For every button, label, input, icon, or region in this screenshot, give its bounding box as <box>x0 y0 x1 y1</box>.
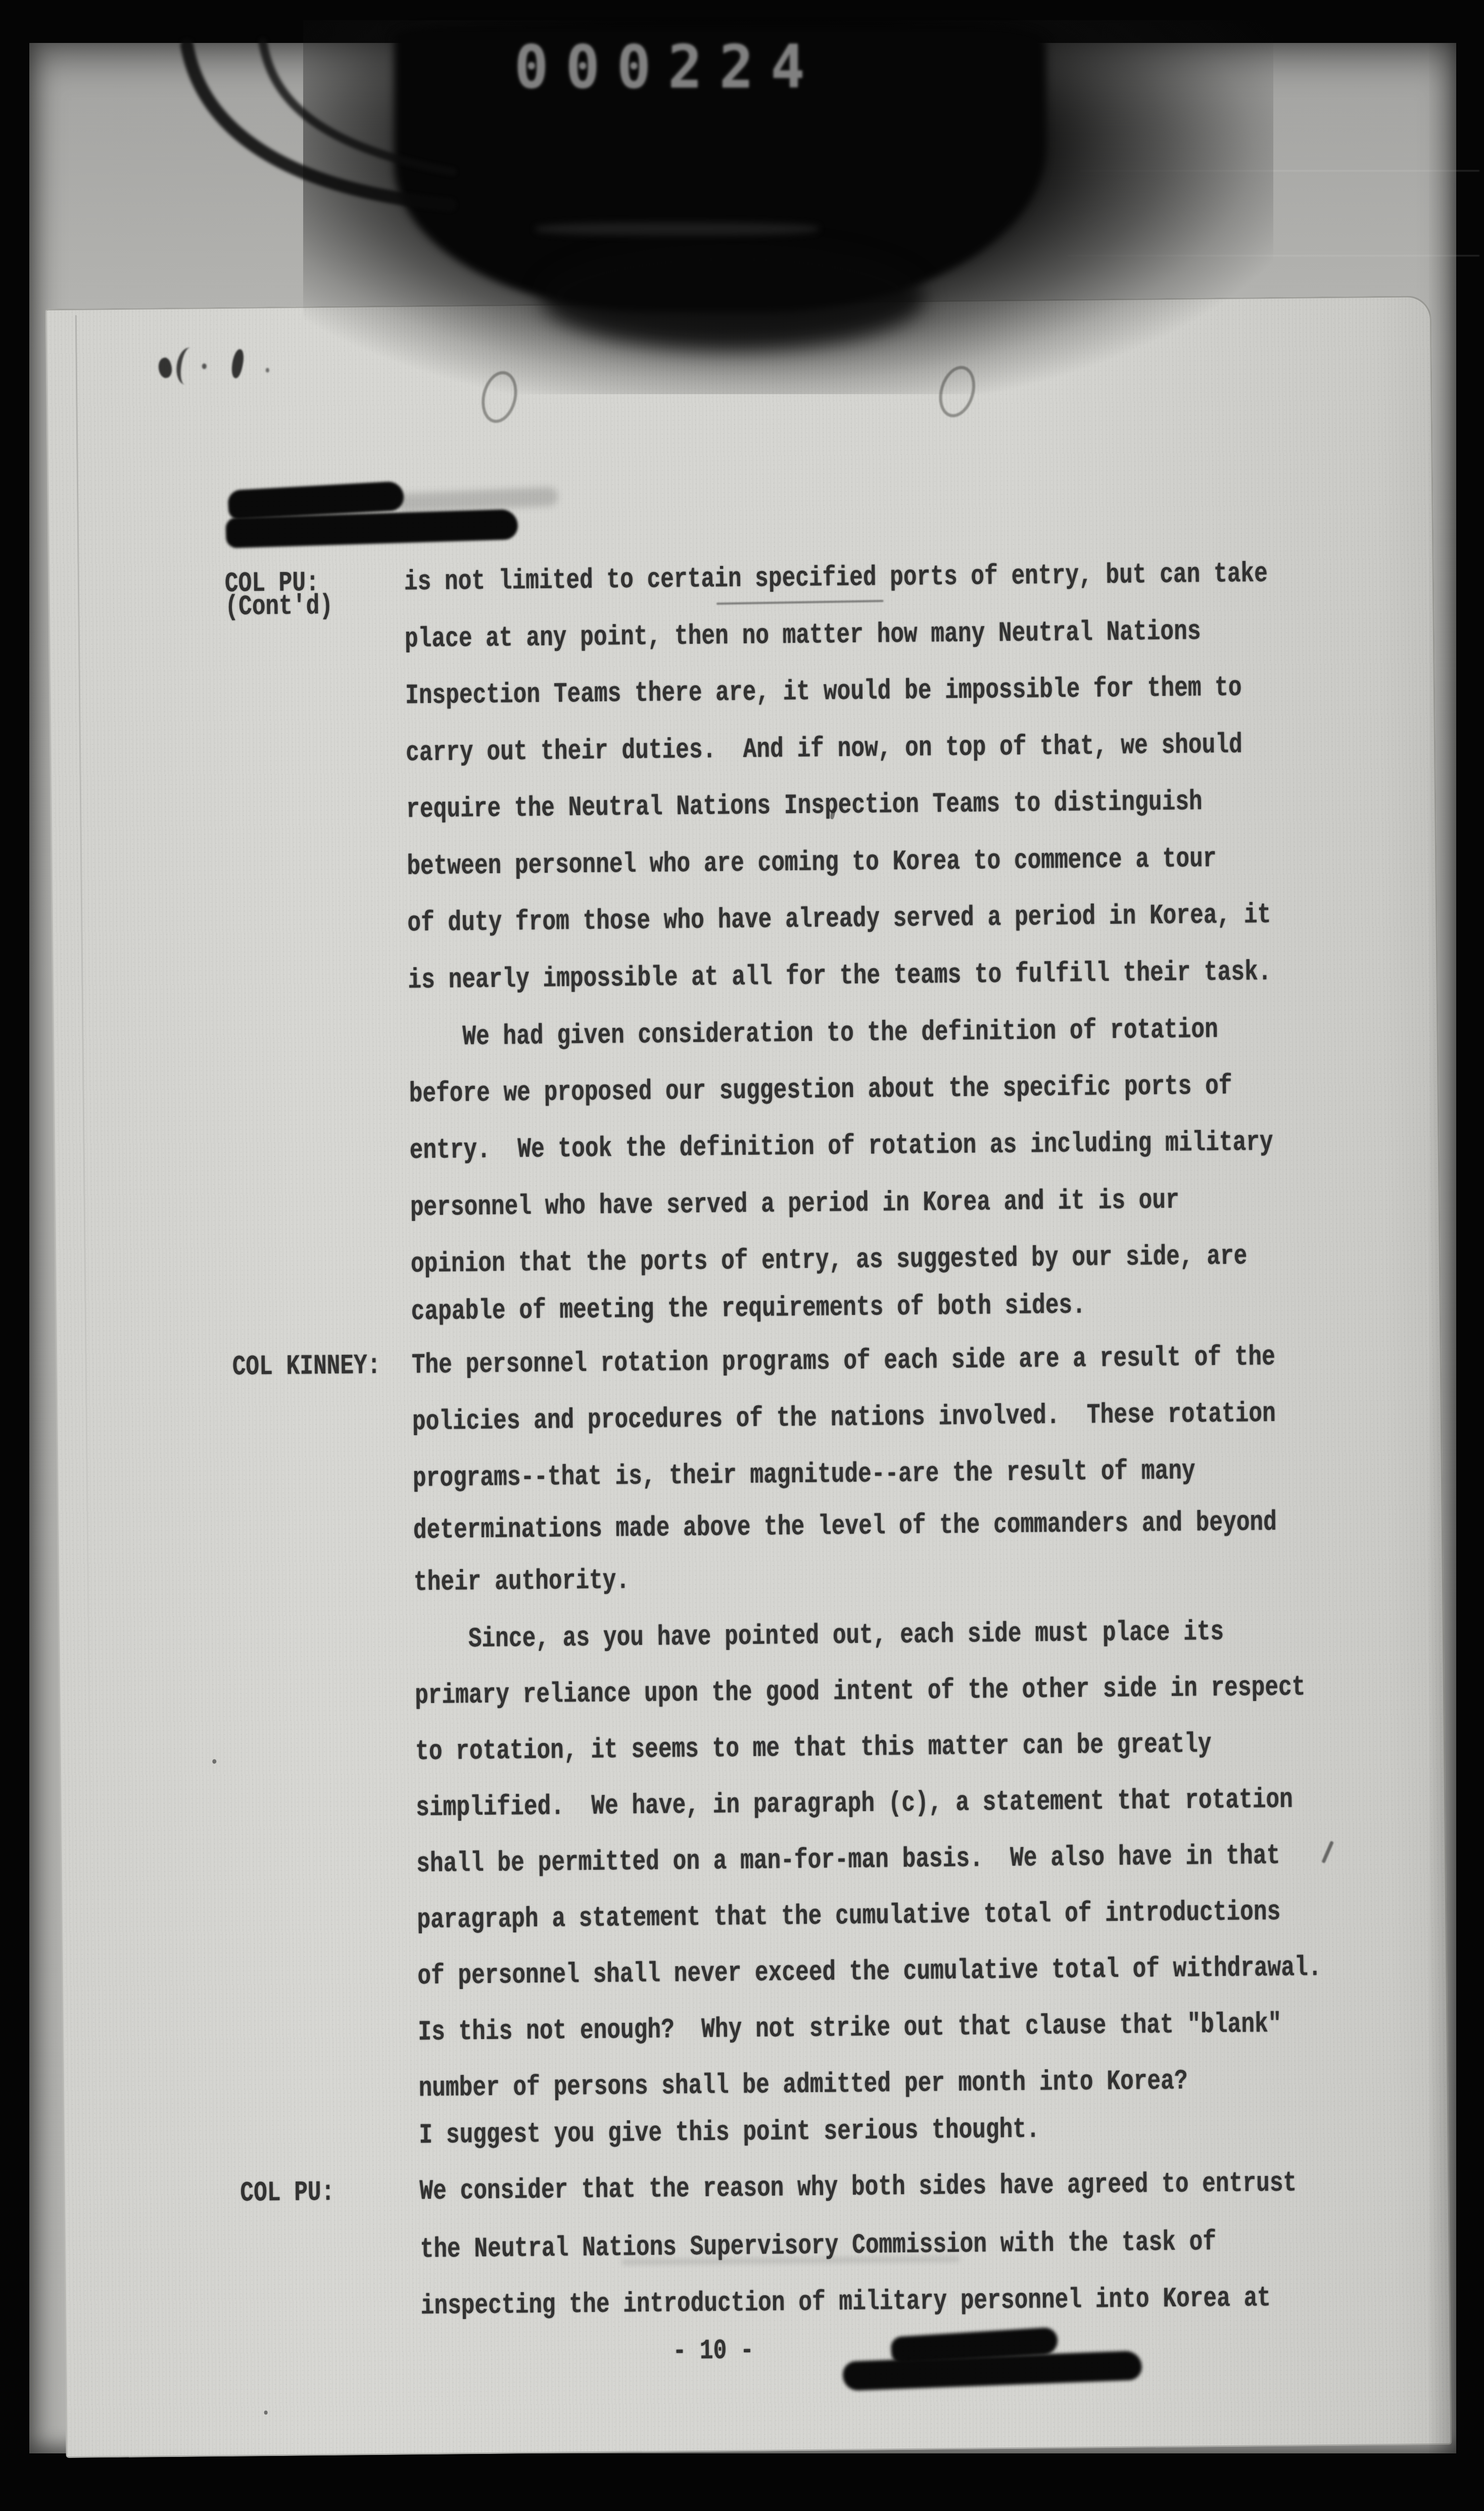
transcript-line-32: inspecting the introduction of military … <box>420 2283 1271 2323</box>
transcript-line-22: to rotation, it seems to me that this ma… <box>415 1729 1212 1768</box>
device-reflection <box>536 222 819 235</box>
redaction-smear <box>396 487 558 513</box>
transcript-line-4: carry out their duties. And if now, on t… <box>406 730 1242 769</box>
punch-hole <box>476 367 522 427</box>
transcript-line-10: before we proposed our suggestion about … <box>409 1071 1232 1110</box>
paper-speck <box>264 2410 268 2414</box>
ink-smudge <box>156 356 174 379</box>
transcript-line-15: The personnel rotation programs of each … <box>411 1342 1275 1382</box>
transcript-line-28: number of persons shall be admitted per … <box>418 2066 1188 2105</box>
transcript-line-27: Is this not enough? Why not strike out t… <box>418 2009 1282 2049</box>
transcript-line-31: the Neutral Nations Supervisory Commissi… <box>420 2226 1216 2266</box>
microfilm-scan-frame: is not limited to certain specified port… <box>0 0 1484 2511</box>
ink-smudge <box>174 346 201 387</box>
transcript-line-2: place at any point, then no matter how m… <box>405 616 1201 655</box>
transcript-line-12: personnel who have served a period in Ko… <box>410 1185 1179 1224</box>
transcript-line-1: is not limited to certain specified port… <box>404 558 1268 598</box>
transcript-line-18: determinations made above the level of t… <box>413 1507 1277 1547</box>
checkmark-slash <box>1321 1841 1334 1864</box>
transcript-line-24: shall be permitted on a man-for-man basi… <box>416 1840 1280 1880</box>
transcript-line-13: opinion that the ports of entry, as sugg… <box>411 1241 1248 1281</box>
transcript-line-16: policies and procedures of the nations i… <box>412 1398 1276 1438</box>
transcript-line-25: paragraph a statement that the cumulativ… <box>417 1897 1281 1936</box>
transcript-line-3: Inspection Teams there are, it would be … <box>405 673 1242 712</box>
transcript-line-14: capable of meeting the requirements of b… <box>411 1290 1086 1328</box>
transcript-line-20: Since, as you have pointed out, each sid… <box>414 1617 1224 1656</box>
transcript-line-19: their authority. <box>414 1565 630 1599</box>
redaction-bar-bottom-2 <box>842 2350 1142 2391</box>
document-page: is not limited to certain specified port… <box>45 296 1452 2458</box>
speaker-label-2: COL KINNEY: <box>232 1350 380 1383</box>
transcript-line-5: require the Neutral Nations Inspection T… <box>406 786 1203 826</box>
transcript-line-23: simplified. We have, in paragraph (c), a… <box>416 1784 1293 1824</box>
transcript-line-9: We had given consideration to the defini… <box>408 1014 1218 1054</box>
transcript-line-29: I suggest you give this point serious th… <box>419 2114 1040 2152</box>
transcript-line-17: programs--that is, their magnitude--are … <box>413 1456 1195 1495</box>
punch-hole <box>933 361 981 421</box>
speaker-label-1-continuation: (Cont'd) <box>225 591 333 624</box>
speaker-label-3: COL PU: <box>240 2177 335 2209</box>
page-edge-shadow <box>75 315 91 1861</box>
frame-counter-digits: 000224 <box>514 37 822 97</box>
ink-smudge <box>202 363 207 369</box>
transcript-line-7: of duty from those who have already serv… <box>407 899 1271 939</box>
transcript-line-21: primary reliance upon the good intent of… <box>415 1672 1306 1712</box>
device-cables-icon <box>167 38 490 230</box>
ink-smudge <box>229 348 246 379</box>
transcript-line-30: We consider that the reason why both sid… <box>419 2168 1297 2208</box>
page-number: - 10 - <box>673 2335 754 2367</box>
transcript-line-26: of personnel shall never exceed the cumu… <box>417 1952 1322 1993</box>
ink-smudge <box>266 368 269 372</box>
paper-speck <box>212 1759 216 1764</box>
transcript-line-11: entry. We took the definition of rotatio… <box>409 1127 1273 1167</box>
pencil-underline <box>716 600 883 604</box>
transcript-line-8: is nearly impossible at all for the team… <box>408 957 1272 997</box>
scratch-line <box>1068 255 1479 256</box>
scratch-line <box>1080 170 1479 171</box>
transcript-line-6: between personnel who are coming to Kore… <box>407 843 1217 883</box>
